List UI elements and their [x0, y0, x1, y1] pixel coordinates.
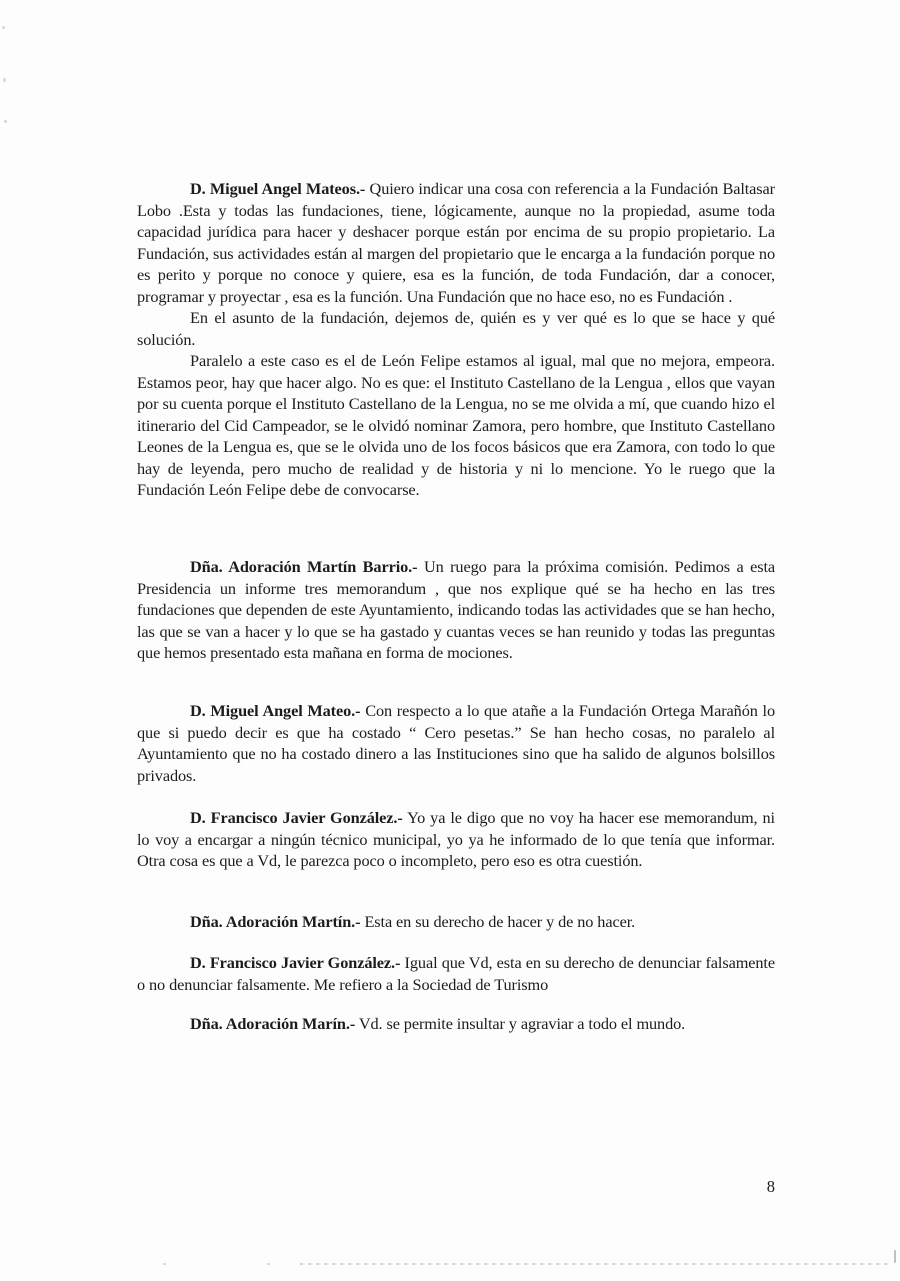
speech-paragraph: D. Miguel Angel Mateo.- Con respecto a l… [137, 700, 775, 786]
speaker-name: D. Francisco Javier González.- [190, 808, 403, 827]
speaker-name: D. Miguel Angel Mateos.- [190, 179, 365, 198]
scan-speck [3, 78, 6, 82]
speech-paragraph: En el asunto de la fundación, dejemos de… [137, 307, 775, 350]
speech-text: Esta en su derecho de hacer y de no hace… [364, 912, 635, 931]
speaker-name: Dña. Adoración Martín Barrio.- [190, 557, 417, 576]
speaker-name: D. Francisco Javier González.- [190, 953, 400, 972]
document-page: D. Miguel Angel Mateos.- Quiero indicar … [0, 0, 900, 1281]
speaker-name: Dña. Adoración Martín.- [190, 912, 360, 931]
speaker-name: D. Miguel Angel Mateo.- [190, 701, 360, 720]
speech-text: Paralelo a este caso es el de León Felip… [137, 351, 775, 499]
speech-block-gonzalez-2: D. Francisco Javier González.- Igual que… [137, 952, 775, 995]
scan-artifact-mark [894, 1250, 896, 1263]
speech-paragraph: Dña. Adoración Marín.- Vd. se permite in… [137, 1013, 775, 1035]
speech-block-gonzalez-1: D. Francisco Javier González.- Yo ya le … [137, 807, 775, 872]
speech-paragraph: Dña. Adoración Martín.- Esta en su derec… [137, 911, 775, 933]
scan-speck [4, 120, 7, 123]
scan-artifact-line [300, 1263, 892, 1265]
scan-speck [163, 1263, 166, 1265]
scan-speck [2, 26, 5, 29]
speech-block-marin: Dña. Adoración Marín.- Vd. se permite in… [137, 1013, 775, 1035]
page-number: 8 [137, 1176, 775, 1198]
speech-paragraph: D. Miguel Angel Mateos.- Quiero indicar … [137, 178, 775, 307]
speech-block-martin-barrio: Dña. Adoración Martín Barrio.- Un ruego … [137, 556, 775, 664]
speech-paragraph: D. Francisco Javier González.- Yo ya le … [137, 807, 775, 872]
speaker-name: Dña. Adoración Marín.- [190, 1014, 355, 1033]
speech-text: Vd. se permite insultar y agraviar a tod… [359, 1014, 685, 1033]
speech-block-mateo: D. Miguel Angel Mateo.- Con respecto a l… [137, 700, 775, 786]
speech-paragraph: Paralelo a este caso es el de León Felip… [137, 350, 775, 501]
speech-text: En el asunto de la fundación, dejemos de… [137, 308, 775, 349]
speech-paragraph: Dña. Adoración Martín Barrio.- Un ruego … [137, 556, 775, 664]
scan-speck [267, 1263, 270, 1265]
speech-block-martin: Dña. Adoración Martín.- Esta en su derec… [137, 911, 775, 933]
speech-paragraph: D. Francisco Javier González.- Igual que… [137, 952, 775, 995]
speech-block-mateos: D. Miguel Angel Mateos.- Quiero indicar … [137, 178, 775, 501]
